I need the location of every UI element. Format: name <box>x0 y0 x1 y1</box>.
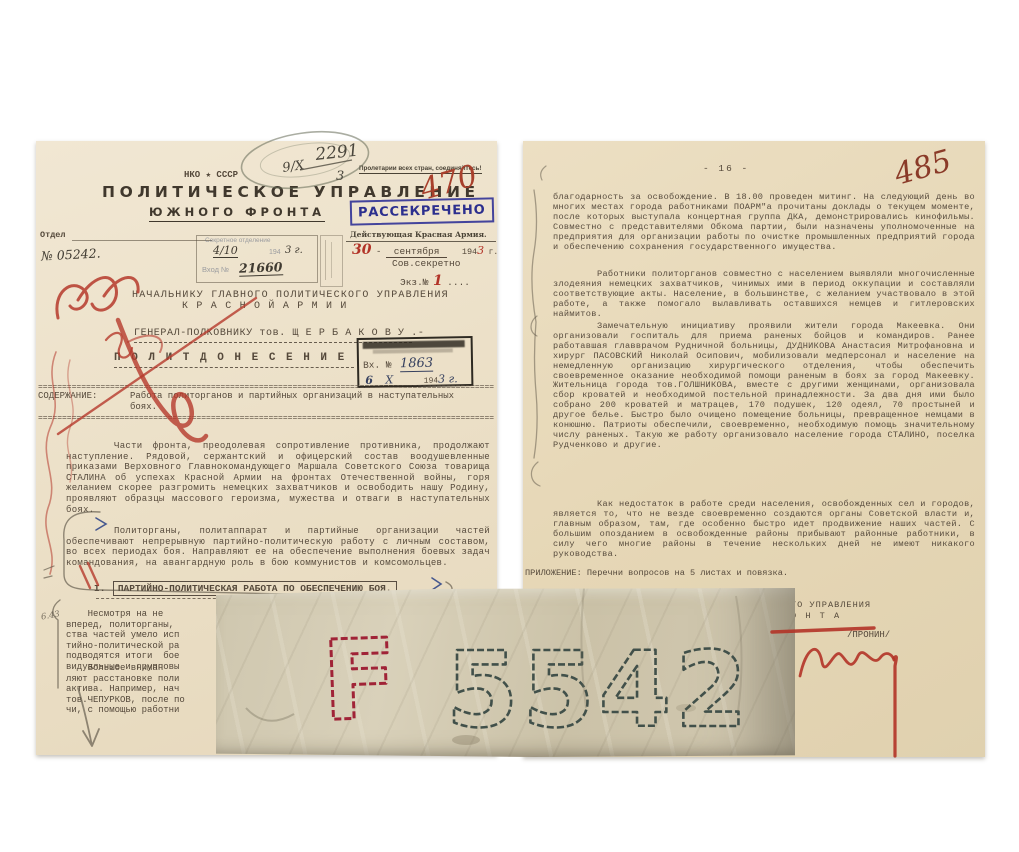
army-label: Действующая Красная Армия. <box>350 230 487 239</box>
patch-embroidery: F 5542 <box>216 588 795 757</box>
doc-type-title: П О Л И Т Д О Н Е С Е Н И Е <box>114 352 346 364</box>
front-subtitle: ЮЖНОГО ФРОНТА <box>149 205 325 222</box>
body-paragraph-1: благодарность за освобождение. В 18.00 п… <box>553 193 975 252</box>
date-month: сентября <box>386 246 448 258</box>
clipped-line: подводятся итоги бое <box>66 651 179 662</box>
incoming-entry-label: Вх. № <box>363 359 392 370</box>
copy-dots: .... <box>447 277 470 288</box>
incoming-stamp-box: Вх. № 1863 6 X 1943 г. <box>357 336 474 388</box>
divider-bottom: ========================================… <box>38 414 494 423</box>
clipped-line: чи, с помощью работни <box>66 705 185 716</box>
date-dash: - <box>376 247 381 257</box>
slogan-line: Пролетарии всех стран, соединяйтесь! <box>359 165 482 174</box>
patch-pencil-sketch <box>246 708 294 721</box>
copy-line: Экз.№ 1 .... <box>400 272 470 290</box>
body-paragraph-3: Замечательную инициативу проявили жители… <box>553 322 975 451</box>
clipped-line: ства частей умело исп <box>66 630 179 641</box>
body-paragraph-2: Работники политорганов совместно с насел… <box>553 270 975 320</box>
section-heading-prefix: I. <box>94 583 105 594</box>
copy-label: Экз.№ <box>400 277 429 288</box>
body-paragraph-1: Части фронта, преодолевая сопротивление … <box>66 441 490 515</box>
clipped-line: Большое вниман <box>66 663 185 674</box>
signature-title-fragment-2: О Н Т А <box>791 611 841 621</box>
addressee-line-2: К Р А С Н О Й А Р М И И <box>182 301 348 312</box>
patch-number-embroidered: 5542 <box>446 629 751 751</box>
secrecy-label: Сов.секретно <box>392 258 460 269</box>
org-small-line: НКО ★ СССР <box>184 170 238 180</box>
page-number: - 16 - <box>703 163 749 174</box>
dept-blank-line <box>72 240 212 241</box>
mini-stamp-mark2 <box>331 242 332 278</box>
date-year-suffix: г. <box>489 248 499 257</box>
registry-stamp-box: Секретное отделение 4/10 194 3 г. Вход №… <box>196 235 318 283</box>
date-day-hand: 30 <box>352 242 371 258</box>
clipped-line: ляют расстановке поли <box>66 674 185 685</box>
clipped-line: актива. Например, нач <box>66 684 185 695</box>
registry-entry-label: Вход № <box>202 265 229 274</box>
doc-number-hand: № 05242. <box>41 245 101 263</box>
mini-stamp-mark <box>325 240 326 280</box>
registry-year-typed: 194 <box>269 249 281 256</box>
body-paragraph-2: Политорганы, политаппарат и партийные ор… <box>66 526 490 568</box>
registry-year-hand: 3 г. <box>285 245 303 256</box>
date-year-hand: 3 <box>477 244 484 257</box>
registry-stamp-title: Секретное отделение <box>205 237 270 244</box>
registry-date-hand: 4/10 <box>213 244 238 258</box>
subject-text: Работа политорганов и партийных организа… <box>130 391 460 412</box>
date-line: 30 - сентября 1943 г. <box>352 241 498 259</box>
clipped-paragraph-4: Большое вниман ляют расстановке поли акт… <box>66 663 185 716</box>
dept-label: Отдел <box>40 230 66 240</box>
clipped-line: тийно-политической ра <box>66 641 179 652</box>
declassified-stamp: РАССЕКРЕЧЕНО <box>350 197 494 225</box>
doc-type-underline <box>114 367 354 368</box>
addressee-line-1: НАЧАЛЬНИКУ ГЛАВНОГО ПОЛИТИЧЕСКОГО УПРАВЛ… <box>132 290 449 301</box>
signer-name: /ПРОНИН/ <box>847 630 890 640</box>
patch-stain <box>452 735 480 745</box>
patch-stain2 <box>676 704 696 712</box>
registry-entry-number: 21660 <box>239 259 283 277</box>
scanned-archive-page: { "colors": { "paper_left": "#ece1ca", "… <box>0 0 1019 852</box>
clipped-line: вперед, политорганы, <box>66 620 179 631</box>
signature-title-fragment-1: ГО УПРАВЛЕНИЯ <box>791 600 871 610</box>
clipped-line: Несмотря на не <box>66 609 179 620</box>
side-mini-stamp <box>320 235 343 287</box>
fabric-armband-patch: F 5542 <box>216 588 795 757</box>
date-year-typed: 194 <box>462 247 477 257</box>
copy-number-hand: 1 <box>433 273 443 289</box>
clipped-line: тов.ЧЕПУРКОВ, после по <box>66 695 185 706</box>
body-paragraph-4: Как недостаток в работе среди населения,… <box>553 500 975 559</box>
incoming-stamp-header-smudge2 <box>373 348 453 353</box>
attachment-line: ПРИЛОЖЕНИЕ: Перечни вопросов на 5 листах… <box>525 568 788 578</box>
section-heading-underline <box>96 598 226 599</box>
subject-label: СОДЕРЖАНИЕ: <box>38 391 97 401</box>
pencil-margin-note: 6.43 <box>40 609 60 622</box>
patch-letter-embroidered: F <box>320 615 400 746</box>
